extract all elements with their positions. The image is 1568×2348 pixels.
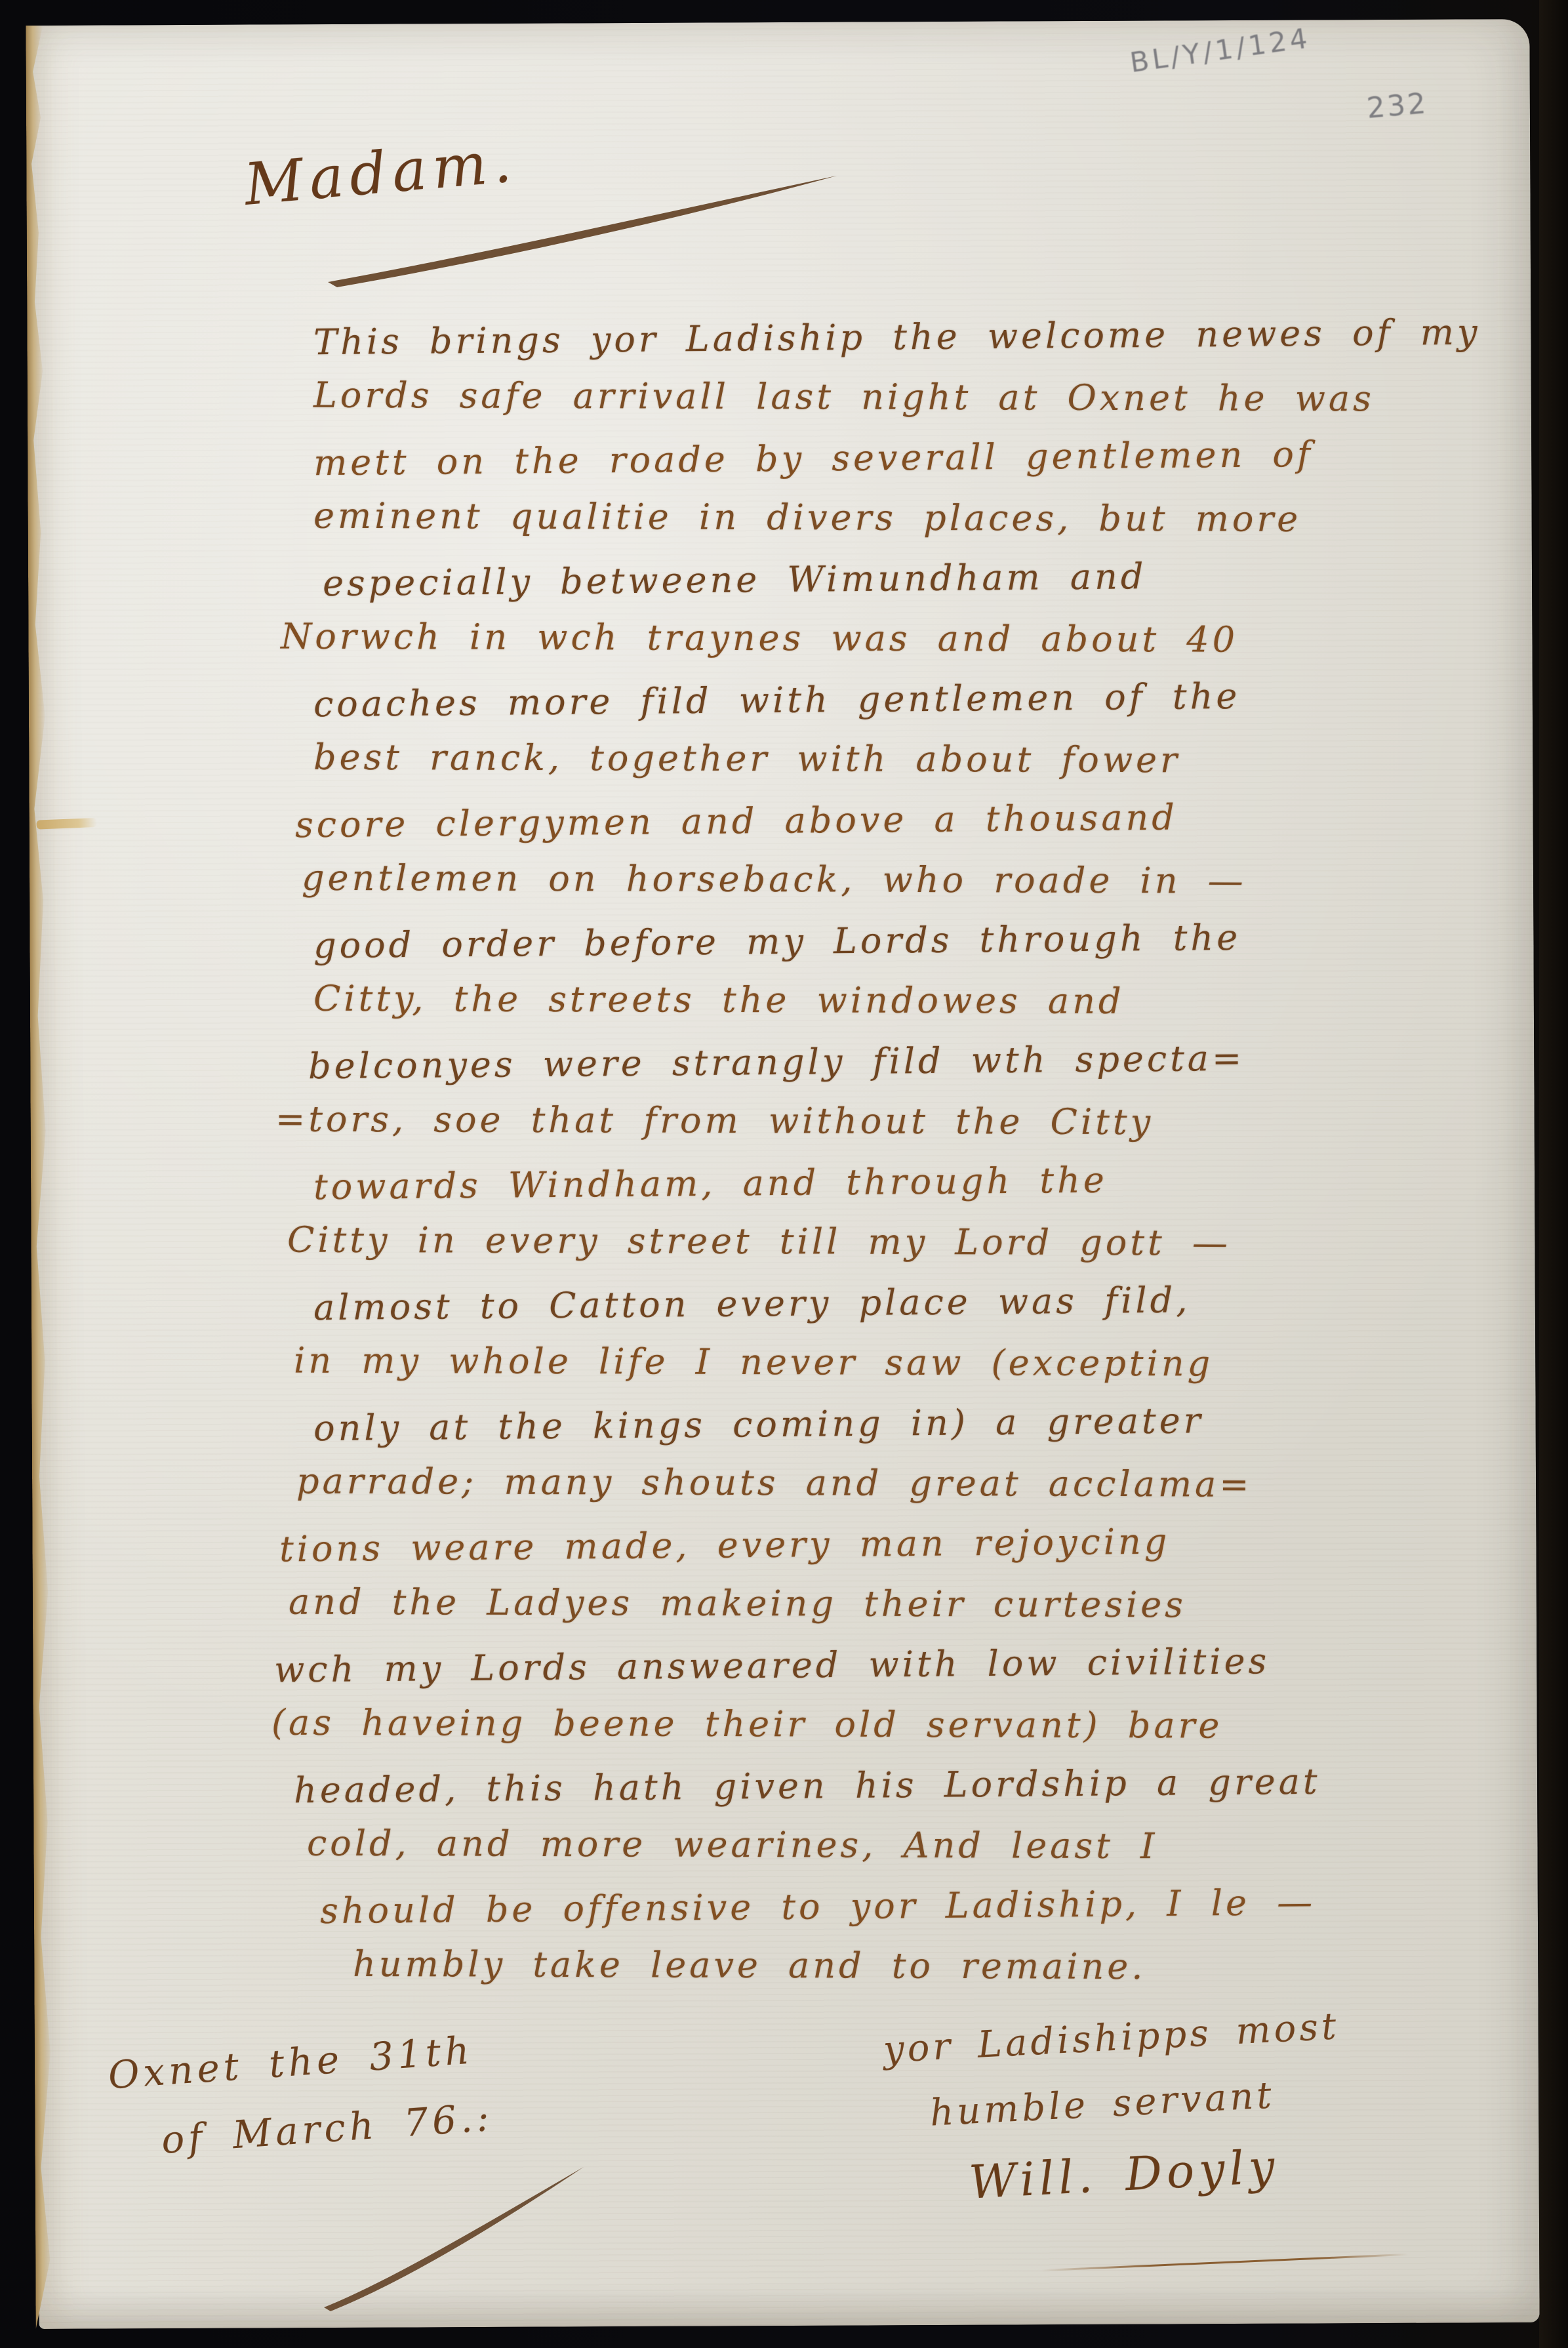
body-line: score clergymen and above a thousand [295,784,1547,856]
body-line: almost to Catton every place was fild, [313,1267,1547,1338]
body-line: Norwch in wch traynes was and about 40 [281,607,1546,672]
body-line: should be offensive to yor Ladiship, I l… [320,1871,1547,1941]
body-line: eminent qualitie in divers places, but m… [313,486,1546,551]
body-line: Citty, the streets the windowes and [313,969,1546,1034]
salutation-flourish-stroke [323,172,847,290]
photograph-stage: BL/Y/1/124 232 Madam. This brings yor La… [0,0,1568,2348]
body-line: best ranck, together with about fower [313,727,1546,792]
body-line: mett on the roade by severall gentlemen … [313,422,1547,493]
body-line: (as haveing beene their old servant) bar… [271,1693,1546,1758]
body-line: This brings yor Ladiship the welcome new… [313,302,1547,373]
body-line: only at the kings coming in) a greater [313,1388,1547,1459]
body-line: Lords safe arrivall last night at Oxnet … [313,365,1546,430]
signoff-flourish-stroke [320,2162,589,2313]
dateline-block: Oxnet the 31th of March 76.: [106,2015,495,2177]
closing-block: yor Ladishipps most humble servant Will.… [881,1994,1348,2219]
body-line: headed, this hath given his Lordship a g… [294,1750,1547,1821]
edge-stain [36,818,96,830]
body-line: cold, and more wearines, And least I [307,1813,1546,1878]
folio-number-pencil-annotation: 232 [1365,87,1429,125]
body-line: and the Ladyes makeing their curtesies [289,1572,1546,1637]
body-line: wch my Lords answeared with low civiliti… [274,1629,1547,1701]
body-line: belconyes were strangly fild wth specta= [308,1026,1547,1097]
body-line: towards Windham, and through the [313,1146,1547,1217]
body-line: gentlemen on horseback, who roade in — [302,848,1546,913]
letter-body: This brings yor Ladiship the welcome new… [313,307,1546,1996]
body-line: humbly take leave and to remaine. [353,1934,1546,1998]
body-line: =tors, soe that from without the Citty [275,1089,1546,1154]
body-line: coaches more fild with gentlemen of the [313,664,1547,735]
body-line: especially betweene Wimundham and [323,543,1547,614]
body-line: parrade; many shouts and great acclama= [296,1451,1546,1516]
deckle-torn-edge [26,26,52,2329]
body-line: in my whole life I never saw (excepting [294,1331,1546,1396]
body-line: Citty in every street till my Lord gott … [287,1210,1546,1275]
body-line: tions weare made, every man rejoycing [279,1508,1547,1580]
body-line: good order before my Lords through the [313,905,1547,976]
